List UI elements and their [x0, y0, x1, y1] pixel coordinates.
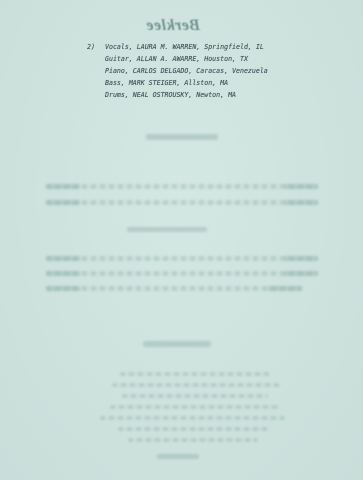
ghost-text-line [120, 372, 270, 376]
credits-row: Piano, CARLOS DELGADO, Caracas, Venezuel… [87, 65, 268, 77]
document-page: Berklee 2) Vocals, LAURA M. WARREN, Spri… [0, 0, 363, 480]
credits-row: Guitar, ALLAN A. AWARRE, Houston, TX [87, 53, 268, 65]
ghost-text-line [128, 438, 258, 442]
credit-line-bass: Bass, MARK STEIGER, Allston, MA [105, 77, 228, 89]
ghost-heading [143, 341, 211, 347]
credits-list: 2) Vocals, LAURA M. WARREN, Springfield,… [87, 41, 268, 101]
ghost-text-line [112, 383, 280, 387]
ghost-text-line [46, 200, 318, 205]
berklee-bleedthrough-logo: Berklee [128, 17, 218, 35]
ghost-text-line [46, 184, 318, 189]
credit-line-vocals: Vocals, LAURA M. WARREN, Springfield, IL [105, 41, 264, 53]
list-number: 2) [87, 41, 105, 53]
credit-line-drums: Drums, NEAL OSTROUSKY, Newton, MA [105, 89, 236, 101]
ghost-text-line [46, 271, 318, 276]
ghost-text-line [110, 405, 280, 409]
ghost-text-line [46, 256, 318, 261]
credits-row: 2) Vocals, LAURA M. WARREN, Springfield,… [87, 41, 268, 53]
credit-line-piano: Piano, CARLOS DELGADO, Caracas, Venezuel… [105, 65, 268, 77]
list-number-spacer [87, 65, 105, 77]
ghost-text-line [122, 394, 268, 398]
ghost-heading [127, 227, 207, 232]
list-number-spacer [87, 89, 105, 101]
list-number-spacer [87, 77, 105, 89]
credits-row: Bass, MARK STEIGER, Allston, MA [87, 77, 268, 89]
ghost-text-line [46, 286, 302, 291]
ghost-text-line [100, 416, 285, 420]
credits-row: Drums, NEAL OSTROUSKY, Newton, MA [87, 89, 268, 101]
ghost-footer [157, 454, 199, 459]
list-number-spacer [87, 53, 105, 65]
ghost-text-line [118, 427, 268, 431]
ghost-heading [146, 134, 218, 140]
credit-line-guitar: Guitar, ALLAN A. AWARRE, Houston, TX [105, 53, 248, 65]
